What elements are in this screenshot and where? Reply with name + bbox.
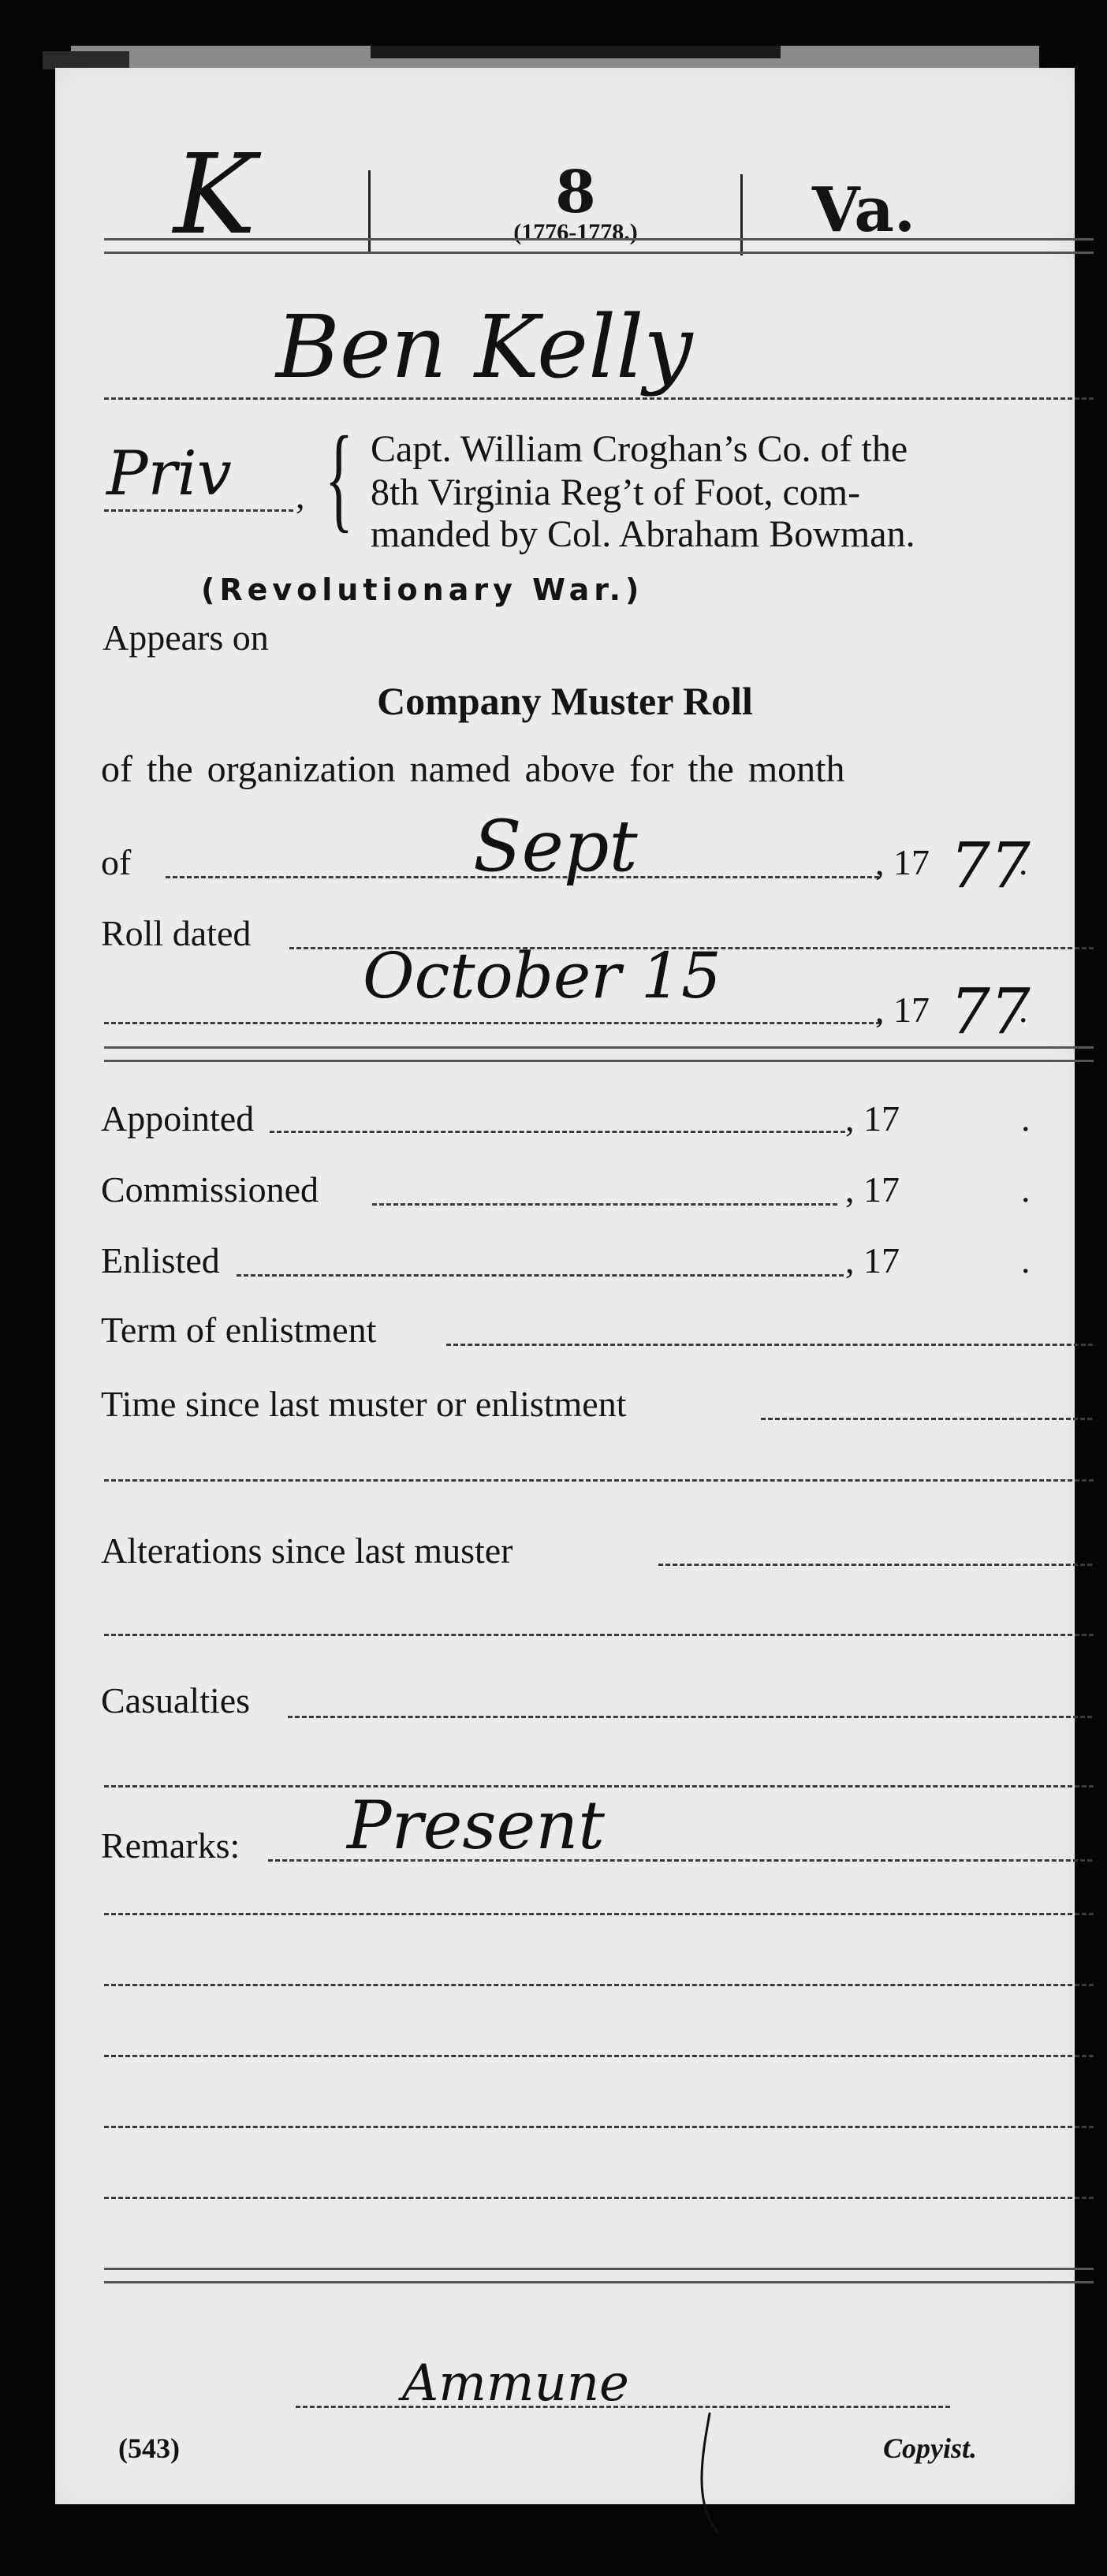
roll-title: Company Muster Roll	[55, 681, 1075, 721]
rank-comma: ,	[296, 478, 305, 514]
commissioned-period: .	[1021, 1172, 1031, 1208]
alterations-line-1	[658, 1564, 1092, 1566]
casualties-line-1	[288, 1716, 1092, 1718]
roll-double-rule	[104, 1046, 1094, 1062]
copyist-line	[296, 2406, 950, 2408]
rank-line	[104, 509, 293, 512]
month-period: .	[1019, 844, 1028, 881]
muster-card: K 8 (1776-1778.) Va. Ben Kelly Priv , { …	[55, 68, 1075, 2504]
enlisted-label: Enlisted	[101, 1243, 220, 1279]
card-tab-dark	[43, 51, 129, 69]
form-number: (543)	[118, 2432, 180, 2465]
appointed-label: Appointed	[101, 1101, 254, 1137]
company-line-1: Capt. William Croghan’s Co. of the	[371, 431, 908, 468]
roll-dated-line-2	[104, 1022, 881, 1024]
soldier-name: Ben Kelly	[276, 296, 693, 397]
remarks-value: Present	[347, 1787, 605, 1864]
month-label: of	[101, 844, 131, 881]
enlisted-line	[237, 1274, 844, 1277]
term-label: Term of enlistment	[101, 1312, 376, 1348]
card-tab-ink	[371, 46, 781, 58]
remarks-line-1	[104, 1913, 1094, 1915]
alterations-line-2	[104, 1634, 1094, 1636]
company-brace: {	[325, 419, 353, 537]
time-since-line-2	[104, 1479, 1094, 1482]
month-value: Sept	[473, 805, 638, 888]
signature-tail	[686, 2410, 733, 2536]
remarks-line-5	[104, 2197, 1094, 2199]
month-year-prefix: , 17	[875, 844, 930, 881]
appointed-year-prefix: , 17	[845, 1101, 900, 1137]
term-line	[446, 1344, 1093, 1346]
time-since-label: Time since last muster or enlistment	[101, 1386, 627, 1422]
rank-handwritten: Priv	[106, 438, 232, 509]
appointed-line	[270, 1131, 845, 1133]
footer-double-rule	[104, 2268, 1094, 2283]
enlisted-year-prefix: , 17	[845, 1243, 900, 1279]
copyist-label: Copyist.	[883, 2432, 977, 2465]
company-line-2: 8th Virginia Reg’t of Foot, com-	[371, 474, 860, 512]
appointed-period: .	[1021, 1101, 1031, 1137]
roll-period: .	[1019, 992, 1028, 1028]
commissioned-year-prefix: , 17	[845, 1172, 900, 1208]
remarks-line-2	[104, 1984, 1094, 1986]
state-abbrev: Va.	[812, 174, 915, 246]
time-since-line-1	[761, 1418, 1092, 1420]
remarks-line-4	[104, 2126, 1094, 2128]
roll-year-prefix: , 17	[875, 992, 930, 1028]
roll-dated-label: Roll dated	[101, 915, 251, 952]
roll-intro: of the organization named above for the …	[101, 751, 845, 788]
regiment-number: 8	[520, 158, 631, 226]
name-line	[104, 397, 1094, 400]
remarks-line-3	[104, 2055, 1094, 2057]
copyist-signature: Ammune	[402, 2354, 629, 2413]
roll-date-value: October 15	[363, 939, 721, 1012]
war-name: (Revolutionary War.)	[201, 572, 643, 607]
commissioned-label: Commissioned	[101, 1172, 319, 1208]
commissioned-line	[372, 1203, 837, 1206]
casualties-label: Casualties	[101, 1683, 250, 1719]
enlisted-period: .	[1021, 1243, 1031, 1279]
company-line-3: manded by Col. Abraham Bowman.	[371, 516, 915, 554]
appears-on-label: Appears on	[102, 620, 269, 656]
remarks-label: Remarks:	[101, 1828, 240, 1864]
header-double-rule	[104, 238, 1094, 254]
alterations-label: Alterations since last muster	[101, 1533, 513, 1569]
